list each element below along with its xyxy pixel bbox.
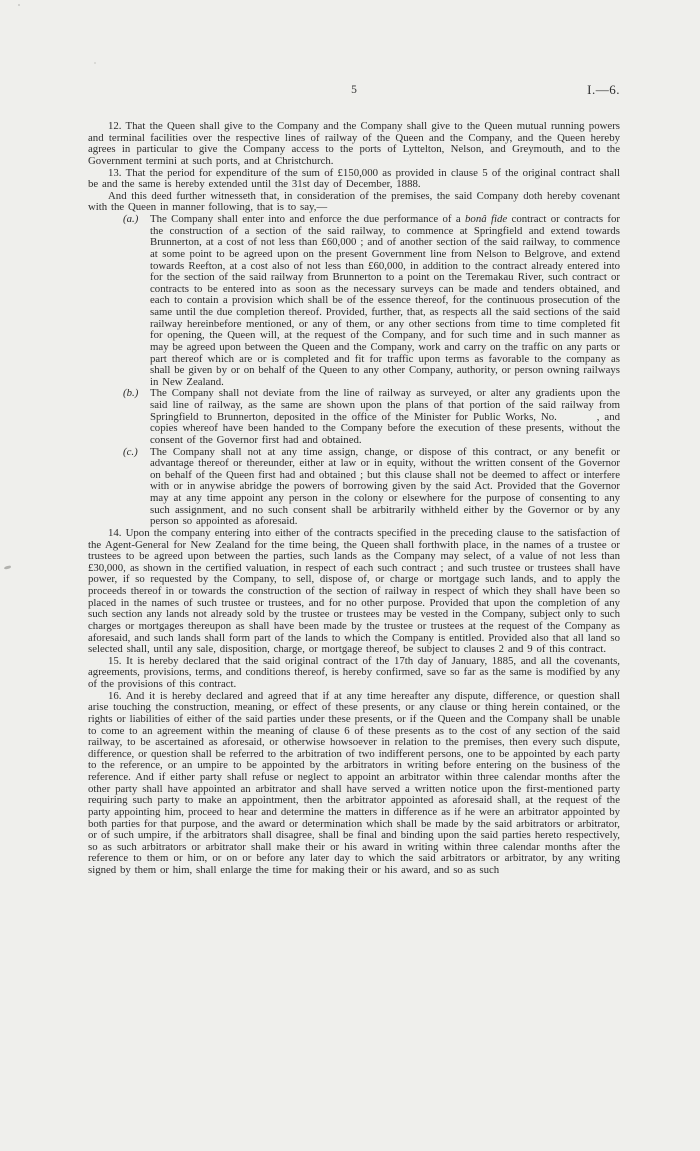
clause-label: (b.) xyxy=(123,388,138,400)
text-segment: And this deed further witnesseth that, i… xyxy=(88,190,620,214)
scan-speck xyxy=(18,4,20,6)
text-segment: 13. That the period for expenditure of t… xyxy=(88,167,620,191)
scanned-document-page: 5 I.—6. 12. That the Queen shall give to… xyxy=(0,0,700,1151)
clause-label: (a.) xyxy=(123,214,138,226)
clause-label: (c.) xyxy=(123,447,138,459)
text-segment: 12. That the Queen shall give to the Com… xyxy=(88,120,620,167)
page-number: 5 xyxy=(88,84,620,96)
clause-a: (a.)The Company shall enter into and enf… xyxy=(88,214,620,388)
paragraph-12: 12. That the Queen shall give to the Com… xyxy=(88,121,620,168)
text-segment: 14. Upon the company entering into eithe… xyxy=(88,527,620,655)
text-segment: 16. And it is hereby declared and agreed… xyxy=(88,690,620,876)
text-segment: 15. It is hereby declared that the said … xyxy=(88,655,620,690)
text-segment: contract or contracts for the constructi… xyxy=(150,213,620,388)
text-segment: The Company shall not at any time assign… xyxy=(150,446,620,528)
scan-speck xyxy=(4,565,11,569)
document-body: 12. That the Queen shall give to the Com… xyxy=(88,121,620,877)
paragraph-deed-witnesseth: And this deed further witnesseth that, i… xyxy=(88,191,620,214)
document-reference: I.—6. xyxy=(587,82,620,98)
clause-b: (b.)The Company shall not deviate from t… xyxy=(88,388,620,446)
paragraph-13: 13. That the period for expenditure of t… xyxy=(88,168,620,191)
clause-c: (c.)The Company shall not at any time as… xyxy=(88,447,620,528)
paragraph-14: 14. Upon the company entering into eithe… xyxy=(88,528,620,656)
paragraph-15: 15. It is hereby declared that the said … xyxy=(88,656,620,691)
italic-phrase: bonâ fide xyxy=(465,213,507,225)
text-segment: The Company shall enter into and enforce… xyxy=(150,213,465,225)
paragraph-16: 16. And it is hereby declared and agreed… xyxy=(88,691,620,877)
text-segment: The Company shall not deviate from the l… xyxy=(150,387,620,446)
scan-speck xyxy=(94,62,96,64)
